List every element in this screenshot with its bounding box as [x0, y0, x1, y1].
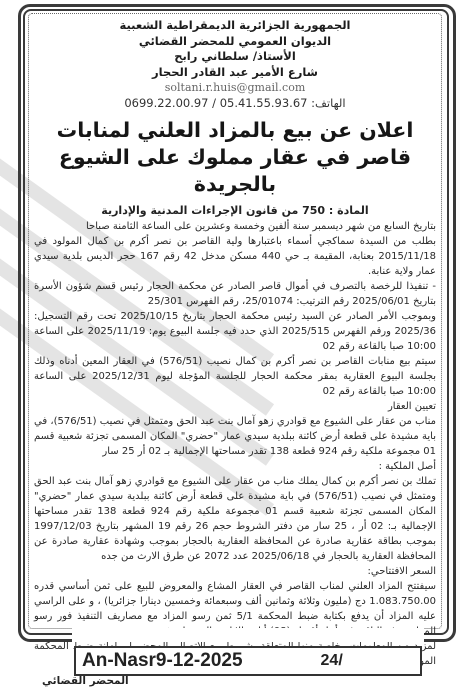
paragraph-requester: بطلب من السيدة سماكجي أسماء باعتبارها ول…	[34, 234, 436, 279]
header-line-bailiff: الأستاذ/ سلطاني رابح	[34, 49, 436, 65]
header-line-address: شارع الأمير عبد القادر الحجار	[34, 65, 436, 81]
paragraph-ownership: تملك بن نصر أكرم بن كمال يملك مناب من عق…	[34, 474, 436, 564]
section-heading-price: السعر الافتتاحي:	[34, 564, 436, 579]
publication-date: An-Nasr9-12-2025	[76, 650, 243, 672]
header-phone: الهاتف: 05.41.55.93.67 / 0699.22.00.97	[34, 96, 436, 112]
notice-body: بتاريخ السابع من شهر ديسمبر سنة ألفين وخ…	[34, 219, 436, 669]
notice-title: اعلان عن بيع بالمزاد العلني لمنابات قاصر…	[34, 117, 436, 198]
paragraph-court-order: وبموجب الأمر الصادر عن السيد رئيس محكمة …	[34, 309, 436, 354]
page-number: 24/	[321, 652, 343, 670]
section-heading-ownership: أصل الملكية :	[34, 459, 436, 474]
legal-article: المادة : 750 من قانون الإجراءات المدنية …	[34, 204, 436, 217]
paragraph-sale-session: سيتم بيع منابات القاصر بن نصر أكرم بن كم…	[34, 354, 436, 399]
paragraph-authorization: - تنفيذا للرخصة بالتصرف في أموال قاصر ال…	[34, 279, 436, 309]
frame-gap	[72, 628, 424, 642]
publication-footer: An-Nasr9-12-2025 24/	[74, 646, 422, 676]
paragraph-date: بتاريخ السابع من شهر ديسمبر سنة ألفين وخ…	[34, 219, 436, 234]
header-email: soltani.r.huis@gmail.com	[34, 80, 436, 96]
signature: المحضر القضائي	[34, 675, 436, 687]
notice-header: الجمهورية الجزائرية الديمقراطية الشعبية …	[34, 18, 436, 111]
header-line-republic: الجمهورية الجزائرية الديمقراطية الشعبية	[34, 18, 436, 34]
paragraph-property-description: مناب من عقار على الشيوع مع قوادري زهو آم…	[34, 414, 436, 459]
section-heading-property: تعيين العقار	[34, 399, 436, 414]
notice-content: الجمهورية الجزائرية الديمقراطية الشعبية …	[34, 18, 436, 628]
header-line-office: الديوان العمومي للمحضر القضائي	[34, 34, 436, 50]
